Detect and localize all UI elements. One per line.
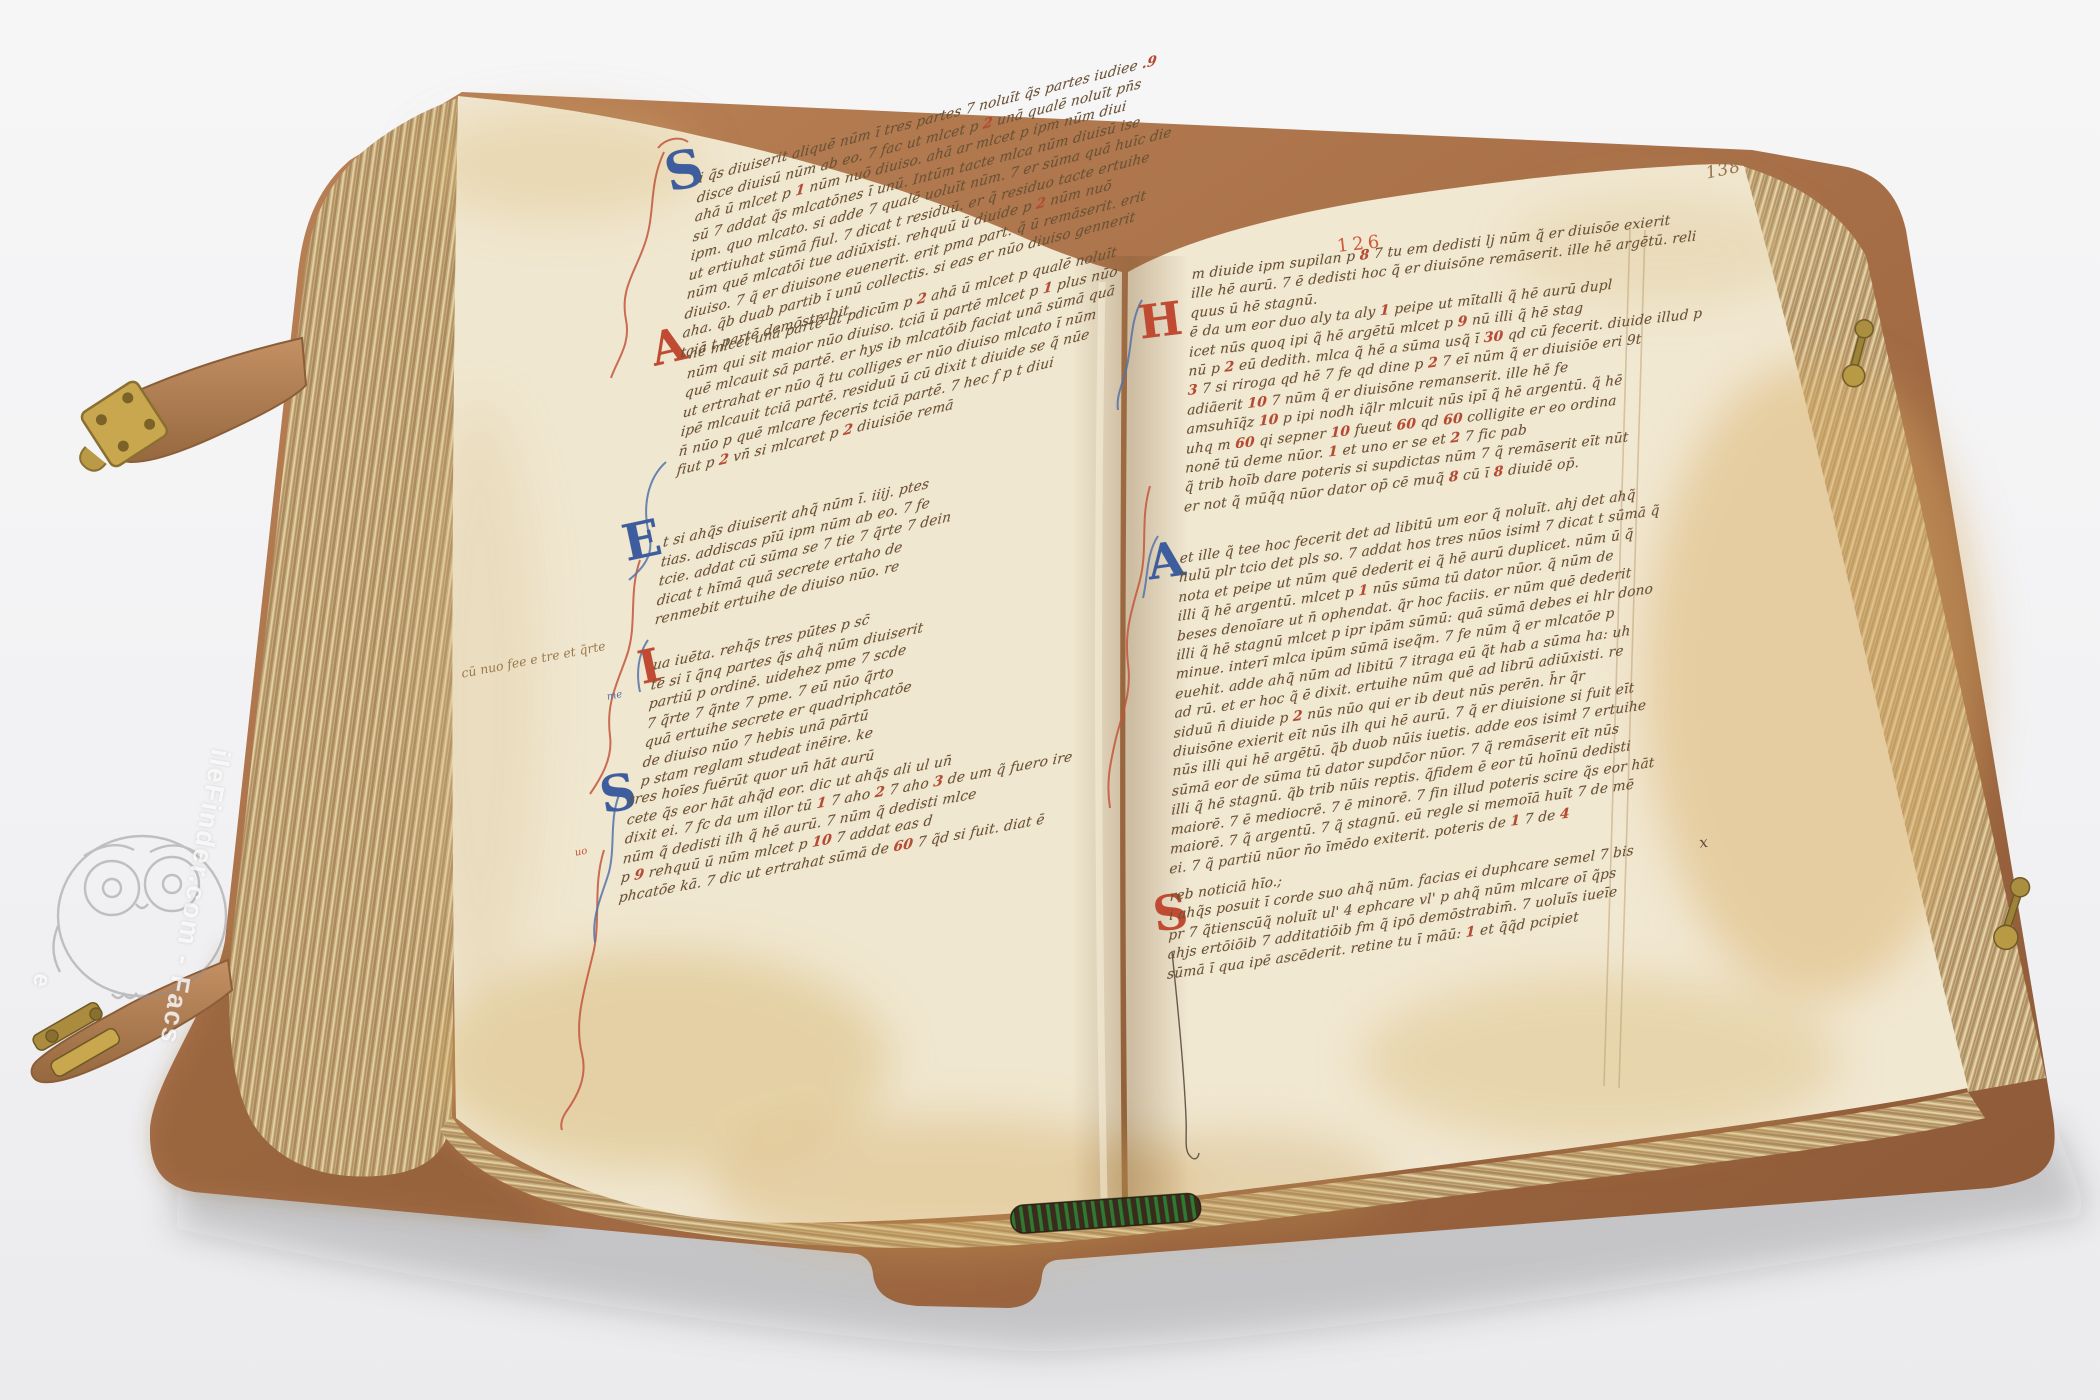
gutter-shading xyxy=(1072,256,1188,1212)
upper-strap xyxy=(59,338,306,482)
margin-gloss-red: uo xyxy=(574,846,588,859)
manuscript-facsimile-photo: S A E I S i q̃s diuiserit aliquē nūm ī t… xyxy=(0,0,2100,1400)
illuminated-initial: H xyxy=(1136,295,1185,346)
